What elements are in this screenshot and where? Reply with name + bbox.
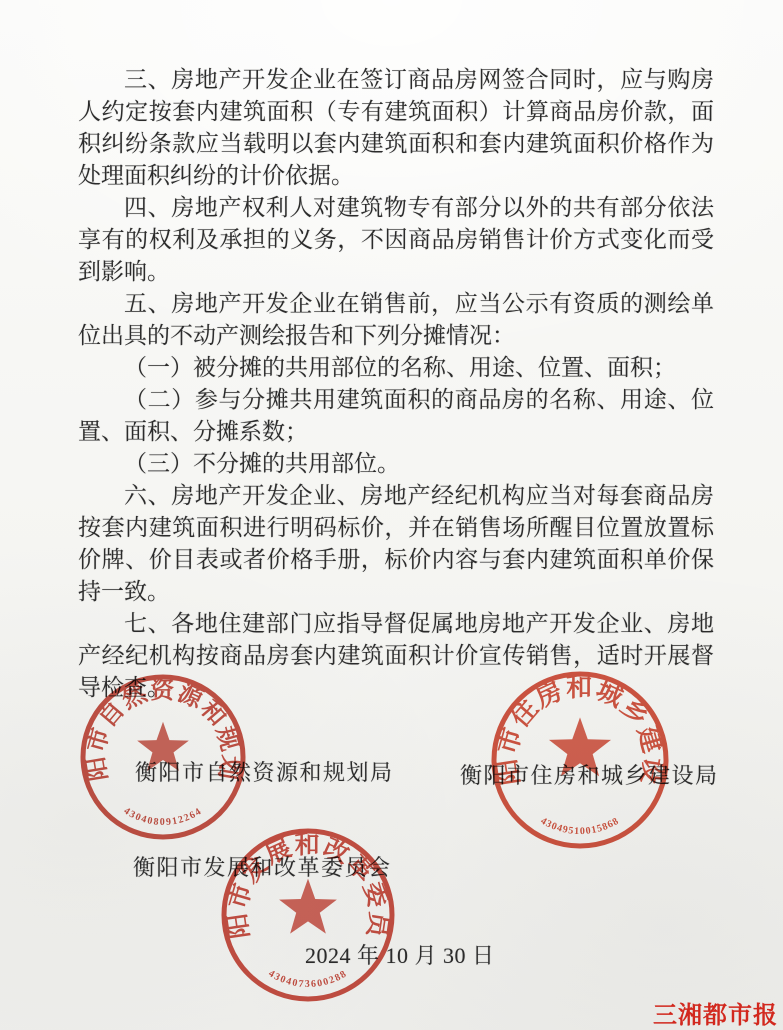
paragraph-5-item-2: （二）参与分摊共用建筑面积的商品房的名称、用途、位置、面积、分摊系数；	[78, 384, 714, 448]
star-icon	[137, 722, 189, 771]
official-seal-housing: 衡阳市住房和城乡建设局 43049510015868	[478, 658, 682, 862]
svg-text:4304073600288: 4304073600288	[266, 968, 349, 990]
seal-serial-number: 4304080912264	[122, 806, 205, 828]
paragraph-5: 五、房地产开发企业在销售前，应当公示有资质的测绘单位出具的不动产测绘报告和下列分…	[78, 288, 714, 352]
svg-text:4304080912264: 4304080912264	[122, 806, 205, 828]
star-icon	[279, 879, 337, 934]
paragraph-5-item-1: （一）被分摊的共用部位的名称、用途、位置、面积；	[78, 352, 714, 384]
document-body: 三、房地产开发企业在签订商品房网签合同时，应与购房人约定按套内建筑面积（专有建筑…	[78, 64, 714, 704]
star-icon	[549, 717, 611, 776]
paragraph-5-item-3: （三）不分摊的共用部位。	[78, 448, 714, 480]
seal-serial-number: 4304073600288	[266, 968, 349, 990]
official-seal-development-reform: 衡阳市发展和改革委员会 4304073600288	[206, 813, 410, 1017]
paragraph-4: 四、房地产权利人对建筑物专有部分以外的共有部分依法享有的权利及承担的义务，不因商…	[78, 192, 714, 288]
press-watermark: 三湘都市报	[653, 995, 778, 1030]
seal-serial-number: 43049510015868	[539, 816, 622, 838]
svg-text:43049510015868: 43049510015868	[539, 816, 622, 838]
paragraph-6: 六、房地产开发企业、房地产经纪机构应当对每套商品房按套内建筑面积进行明码标价，并…	[78, 480, 714, 608]
paragraph-3: 三、房地产开发企业在签订商品房网签合同时，应与购房人约定按套内建筑面积（专有建筑…	[78, 64, 714, 192]
